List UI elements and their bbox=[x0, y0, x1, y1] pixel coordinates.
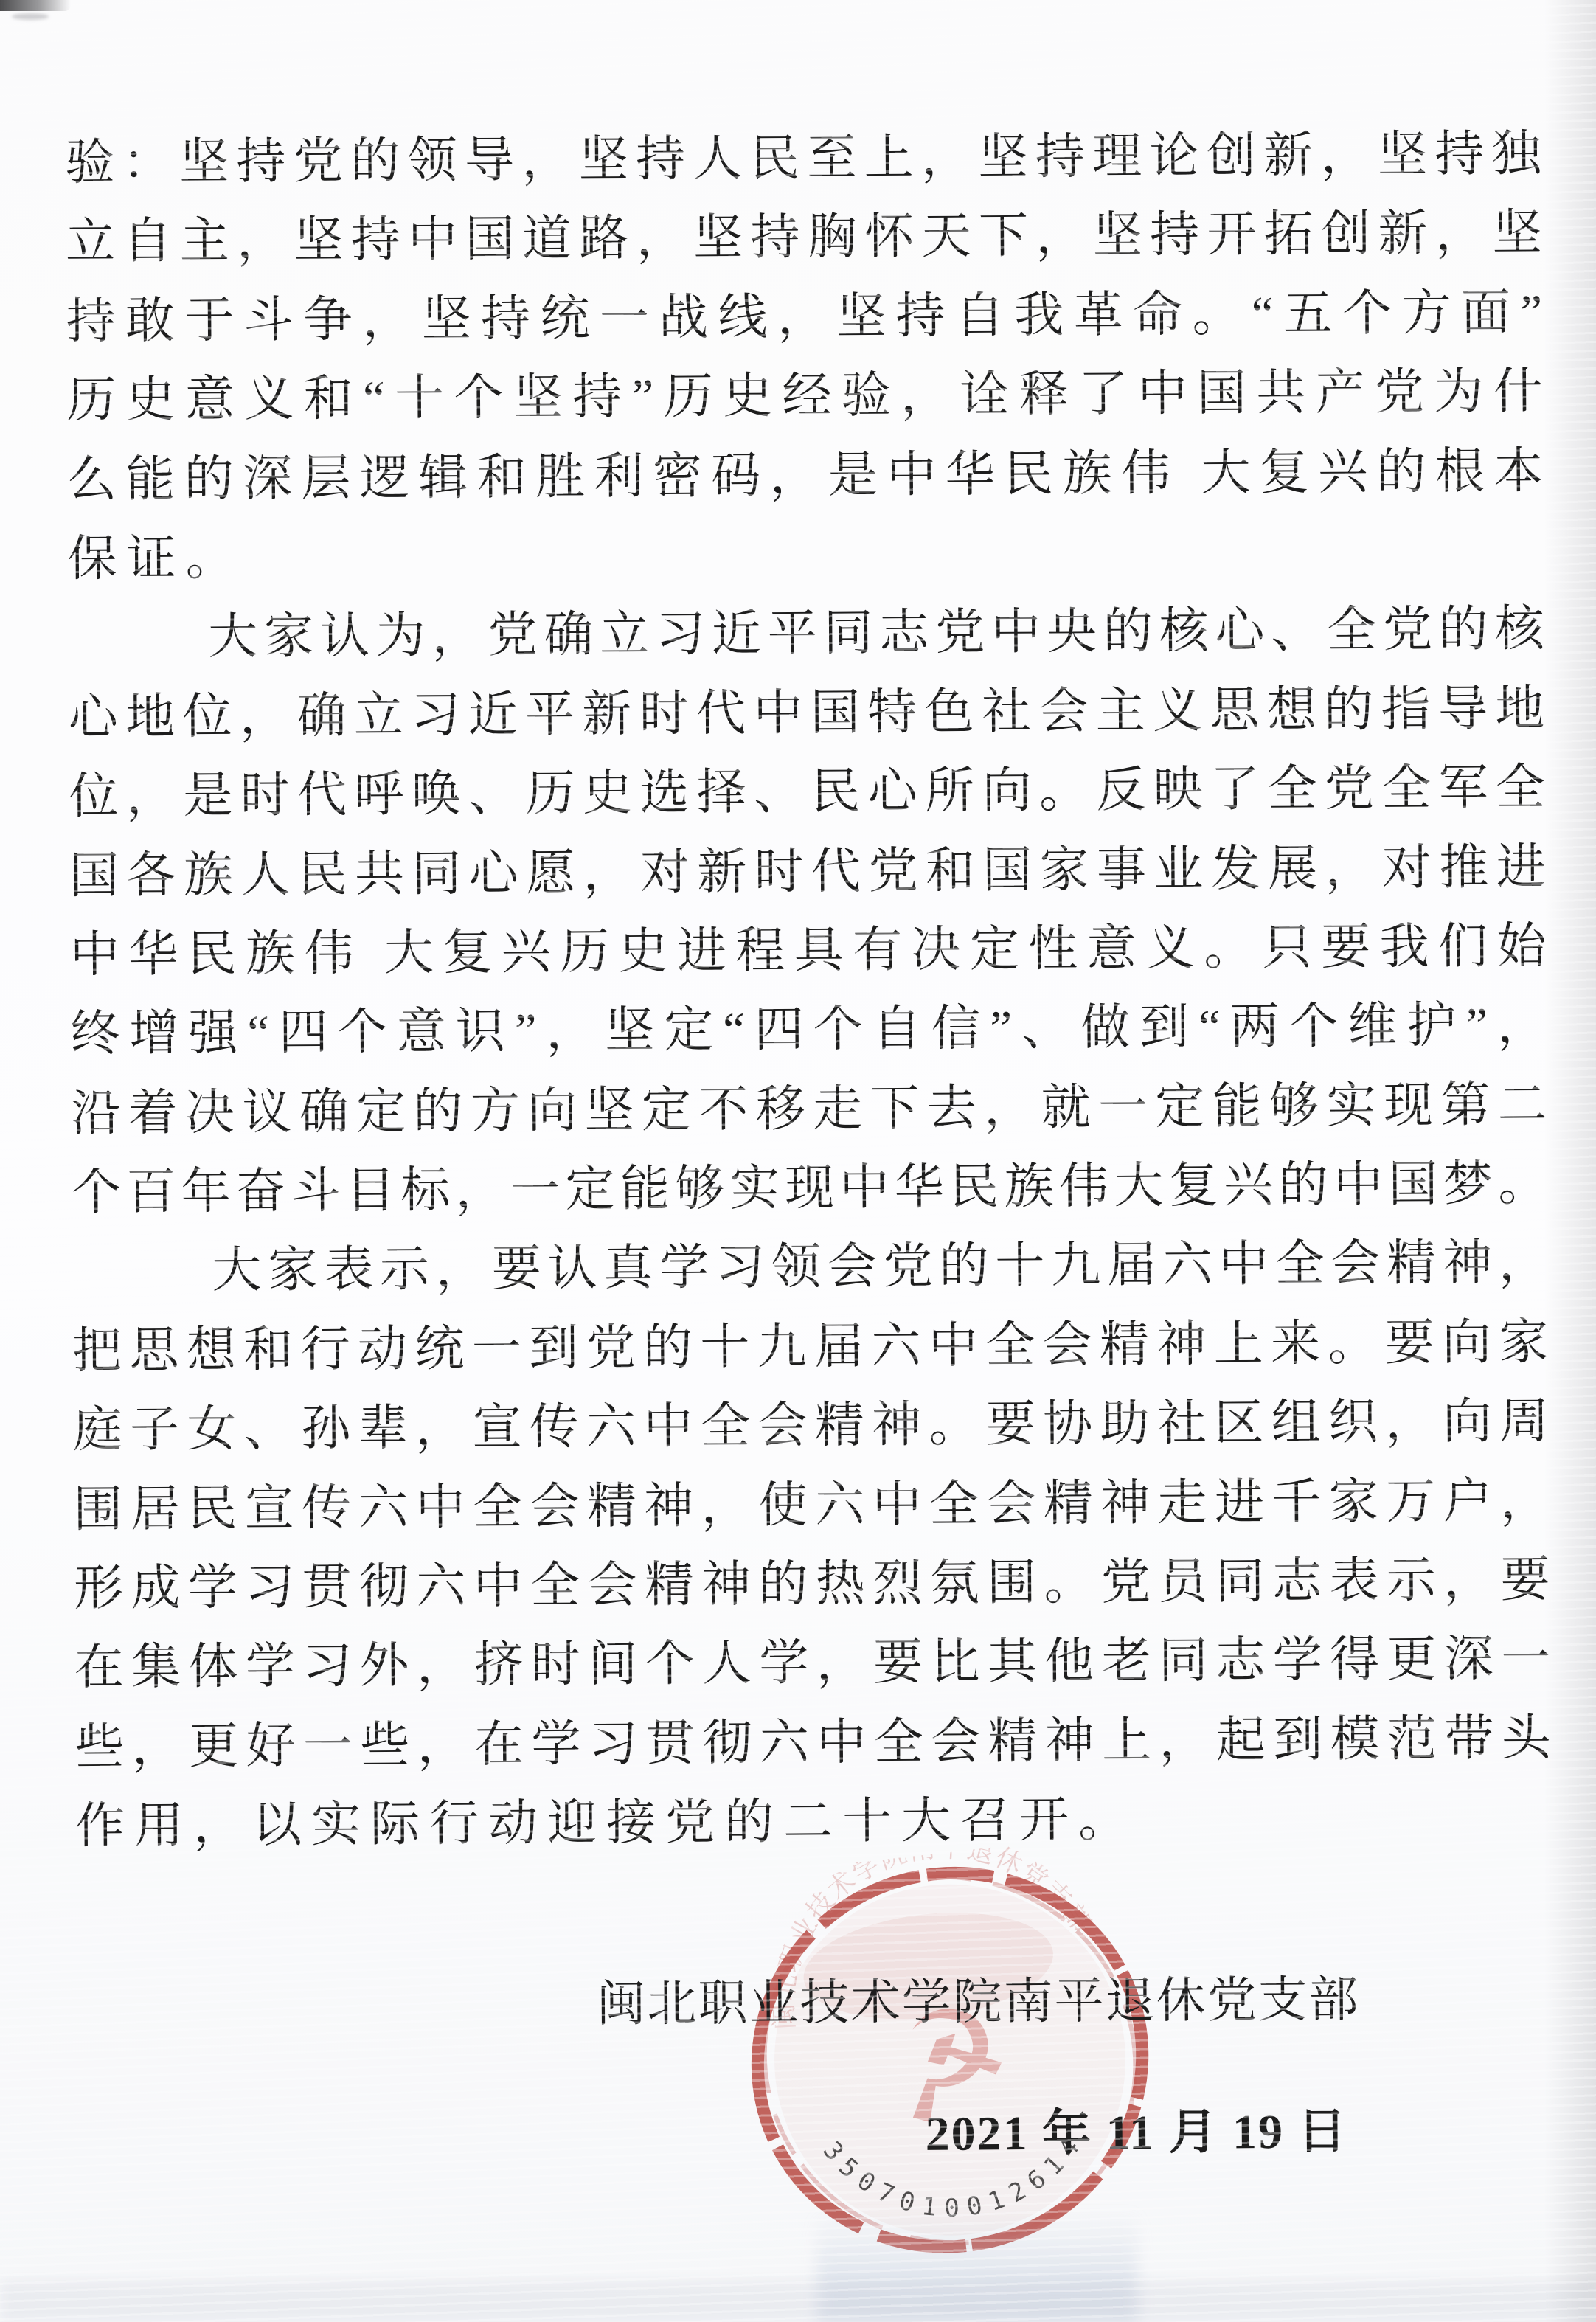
text-line: 沿着决议确定的方向坚定不移走下去，就一定能够实现第二 bbox=[71, 1065, 1548, 1154]
scanned-document-page: 闽北职业技术学院南平退休党支部 ☭ 3507010012614 验：坚持党的领导… bbox=[0, 0, 1596, 2322]
text-line: 验：坚持党的领导，坚持人民至上，坚持理论创新，坚持独 bbox=[65, 115, 1542, 204]
text-line: 么能的深层逻辑和胜利密码，是中华民族伟 大复兴的根本 bbox=[67, 432, 1544, 520]
signature-line: 闽北职业技术学院南平退休党支部 bbox=[596, 1960, 1360, 2035]
text-line: 国各族人民共同心愿，对新时代党和国家事业发展，对推进 bbox=[69, 828, 1547, 916]
text-line: 立自主，坚持中国道路，坚持胸怀天下，坚持开拓创新，坚 bbox=[66, 194, 1543, 283]
text-line: 作用，以实际行动迎接党的二十大召开。 bbox=[75, 1778, 1552, 1867]
text-line: 在集体学习外，挤时间个人学，要比其他老同志学得更深一 bbox=[74, 1620, 1551, 1708]
scan-shadow-bottom-edge bbox=[0, 2281, 1596, 2322]
text-line: 个百年奋斗目标，一定能够实现中华民族伟大复兴的中国梦。 bbox=[72, 1145, 1549, 1233]
text-line: 历史意义和“十个坚持”历史经验，诠释了中国共产党为什 bbox=[66, 353, 1544, 441]
text-line: 庭子女、孙辈，宣传六中全会精神。要协助社区组织，向周 bbox=[72, 1382, 1550, 1471]
scan-smudge-top-left bbox=[0, 0, 71, 11]
text-line: 把思想和行动统一到党的十九届六中全会精神上来。要向家 bbox=[72, 1303, 1550, 1392]
text-line: 形成学习贯彻六中全会精神的热烈氛围。党员同志表示，要 bbox=[74, 1541, 1551, 1629]
text-line: 位，是时代呼唤、历史选择、民心所向。反映了全党全军全 bbox=[69, 749, 1546, 837]
document-lines: 验：坚持党的领导，坚持人民至上，坚持理论创新，坚持独立自主，坚持中国道路，坚持胸… bbox=[65, 115, 1552, 1867]
scan-shadow-right-edge bbox=[1544, 0, 1596, 2322]
text-line: 终增强“四个意识”，坚定“四个自信”、做到“两个维护”， bbox=[70, 986, 1547, 1075]
date-line: 2021 年 11 月 19 日 bbox=[925, 2091, 1347, 2163]
document-content: 闽北职业技术学院南平退休党支部 ☭ 3507010012614 验：坚持党的领导… bbox=[65, 115, 1552, 1867]
text-line: 些，更好一些，在学习贯彻六中全会精神上，起到模范带头 bbox=[74, 1699, 1552, 1788]
text-line: 围居民宣传六中全会精神，使六中全会精神走进千家万户， bbox=[73, 1461, 1550, 1550]
text-line: 保证。 bbox=[67, 511, 1544, 600]
scan-smudge-top-left-faint bbox=[12, 13, 49, 20]
text-line: 中华民族伟 大复兴历史进程具有决定性意义。只要我们始 bbox=[70, 907, 1547, 996]
text-line: 大家表示，要认真学习领会党的十九届六中全会精神， bbox=[72, 1224, 1549, 1312]
text-line: 大家认为，党确立习近平同志党中央的核心、全党的核 bbox=[68, 590, 1545, 679]
text-line: 心地位，确立习近平新时代中国特色社会主义思想的指导地 bbox=[69, 669, 1546, 758]
text-line: 持敢于斗争，坚持统一战线，坚持自我革命。“五个方面” bbox=[66, 274, 1543, 362]
